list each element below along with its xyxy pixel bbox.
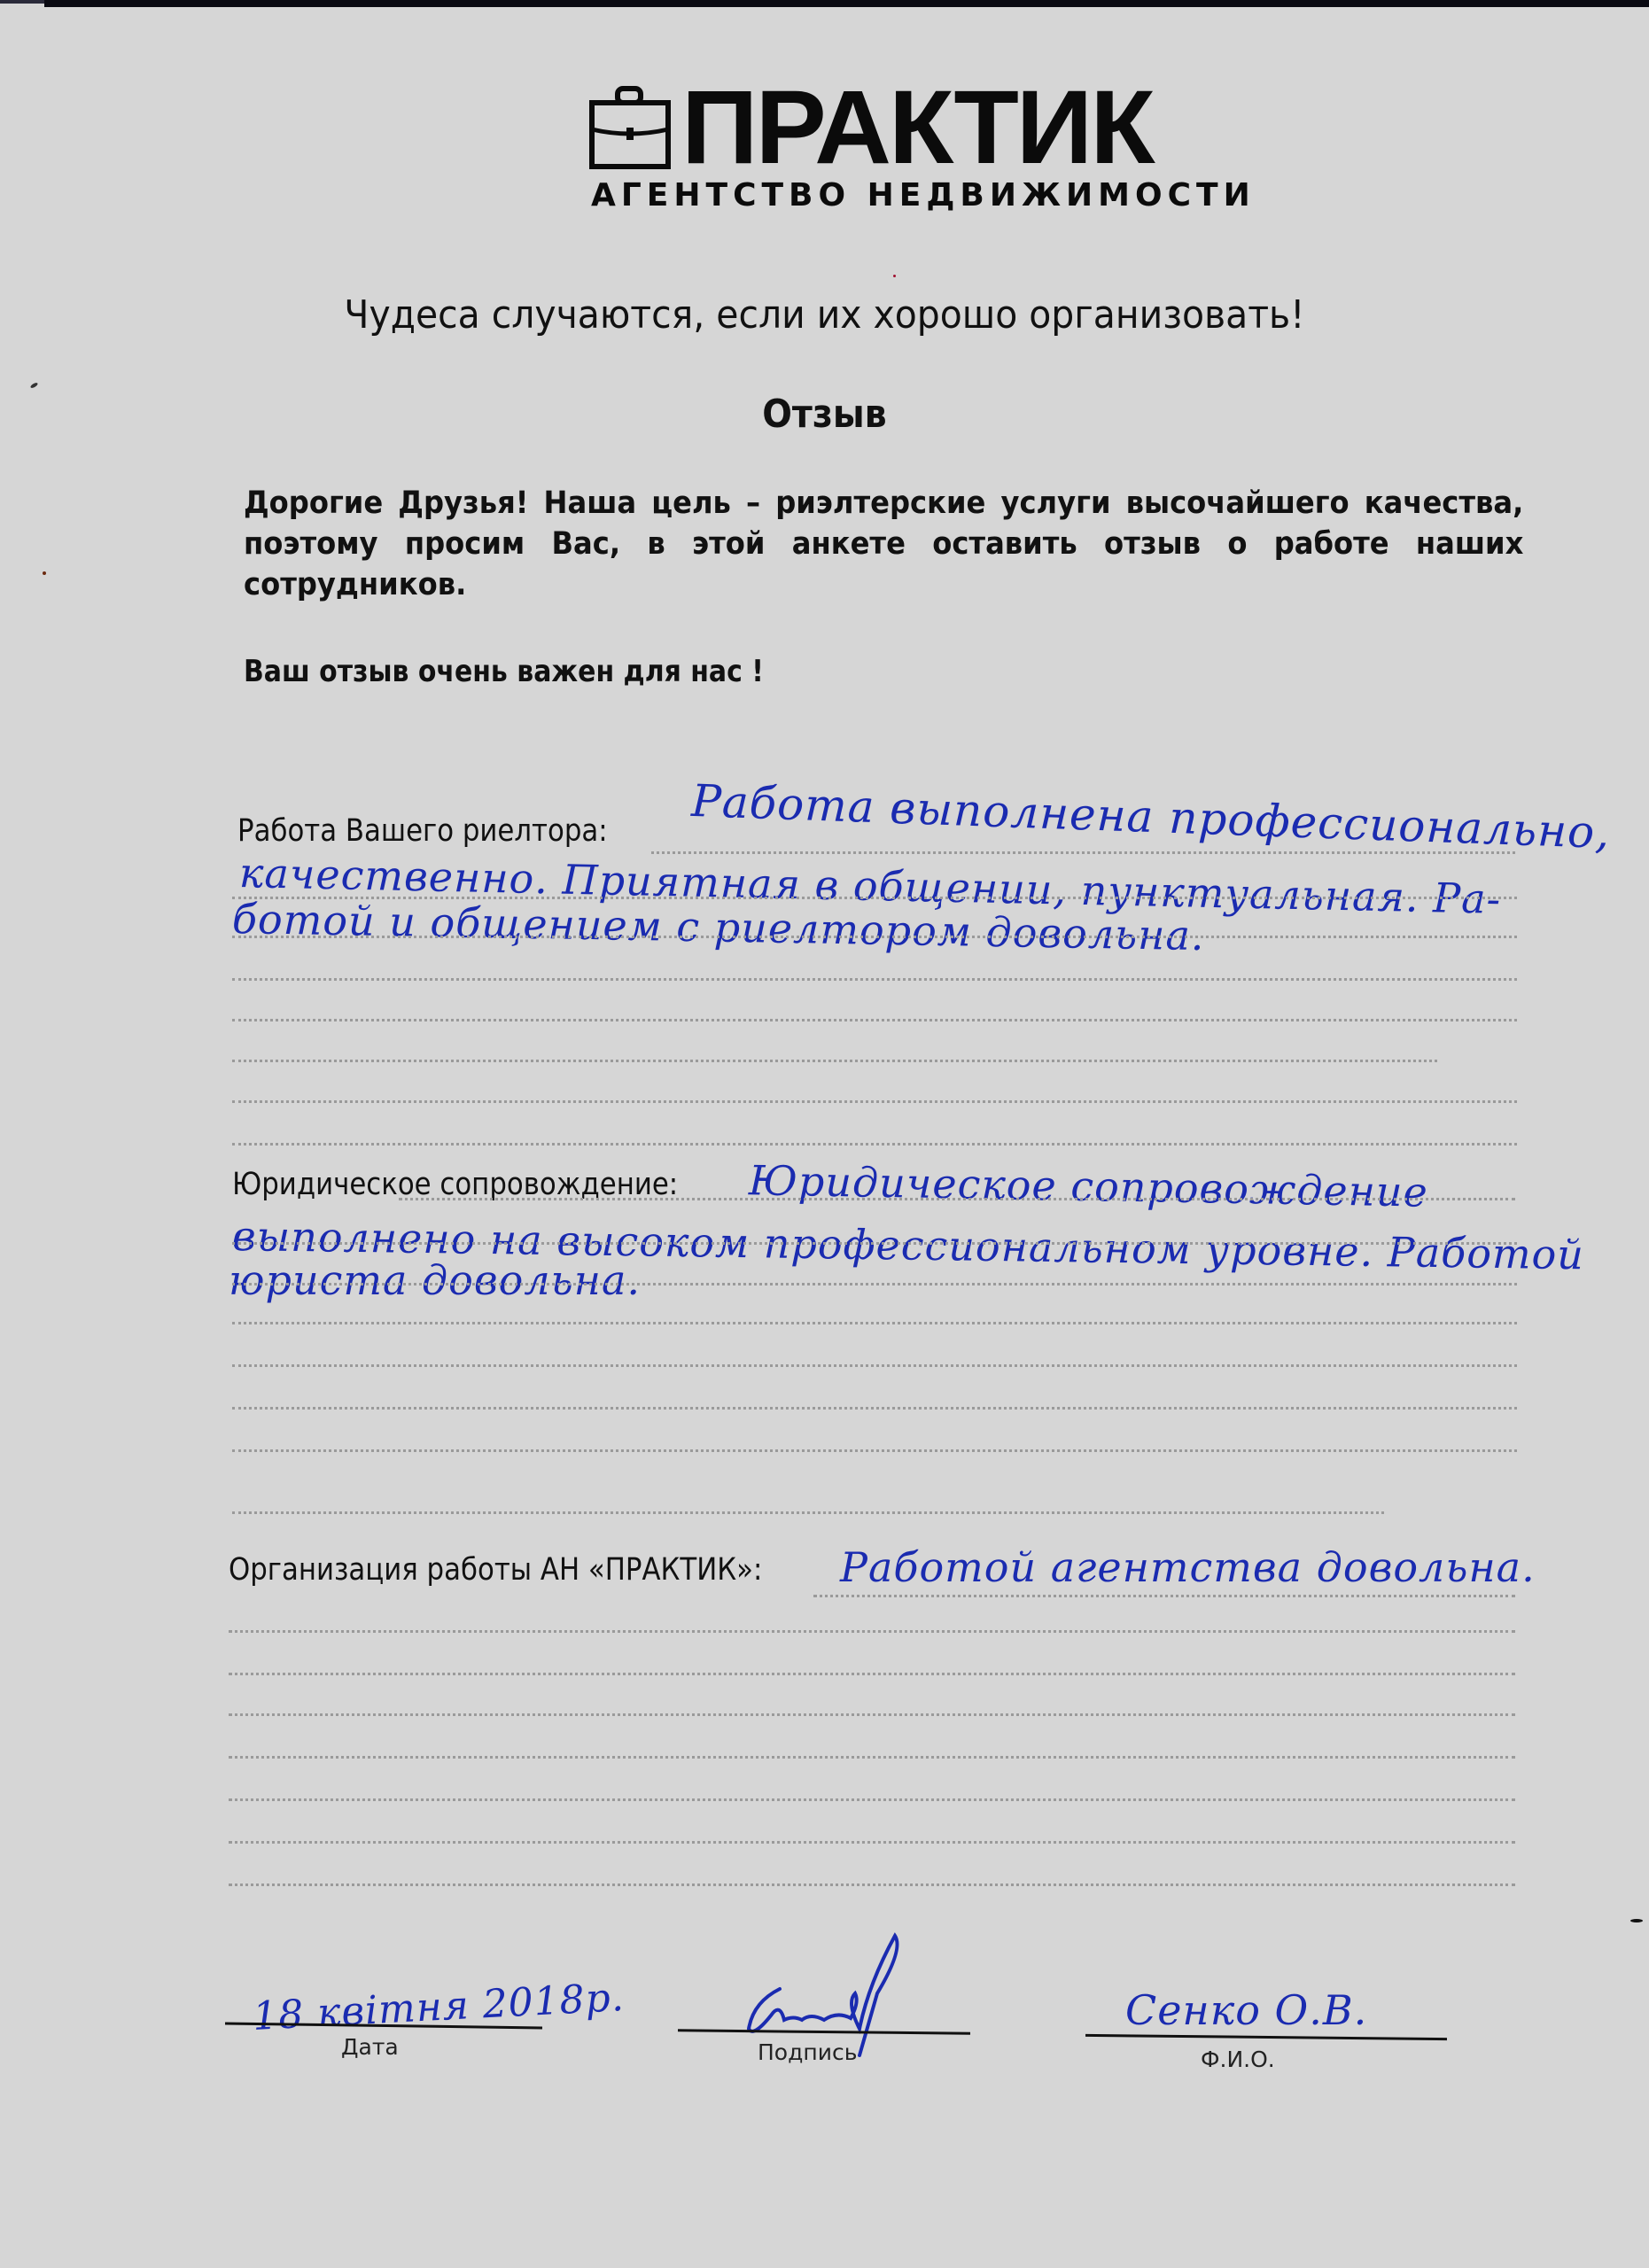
handwritten-answer-line: Юридическое сопровождение bbox=[749, 1156, 1429, 1216]
answer-rule bbox=[229, 1841, 1515, 1844]
section-label-agency: Организация работы АН «ПРАКТИК»: bbox=[229, 1552, 762, 1588]
intro-paragraph: Дорогие Друзья! Наша цель – риэлтерские … bbox=[244, 483, 1523, 605]
answer-rule bbox=[232, 1143, 1517, 1146]
answer-rule bbox=[399, 1198, 1515, 1200]
answer-rule bbox=[232, 1060, 1437, 1062]
scan-top-edge bbox=[44, 0, 1649, 7]
section-label-realtor: Работа Вашего риелтора: bbox=[237, 813, 608, 849]
answer-rule bbox=[232, 1100, 1517, 1103]
section-label-legal: Юридическое сопровождение: bbox=[232, 1167, 678, 1202]
scan-speck bbox=[1630, 1919, 1643, 1922]
name-line bbox=[1085, 2034, 1447, 2040]
handwritten-name: Сенко О.В. bbox=[1125, 1986, 1367, 2034]
company-logo: ПРАКТИК АГЕНТСТВО НЕДВИЖИМОСТИ bbox=[589, 78, 1192, 220]
answer-rule bbox=[232, 936, 1517, 938]
signature-caption: Подпись bbox=[758, 2039, 857, 2065]
handwritten-date: 18 квітня 2018р. bbox=[252, 1975, 626, 2039]
answer-rule bbox=[232, 897, 1517, 899]
answer-rule bbox=[229, 1630, 1515, 1633]
answer-rule bbox=[232, 1322, 1517, 1324]
answer-rule bbox=[232, 1407, 1517, 1410]
scan-speck bbox=[30, 382, 39, 389]
answer-rule bbox=[651, 851, 1515, 854]
answer-rule bbox=[229, 1884, 1515, 1886]
answer-rule bbox=[232, 1364, 1517, 1367]
answer-rule bbox=[229, 1713, 1515, 1716]
answer-rule bbox=[232, 978, 1517, 981]
brand-name: ПРАКТИК bbox=[681, 83, 1153, 172]
answer-rule bbox=[229, 1798, 1515, 1801]
answer-rule bbox=[229, 1673, 1515, 1675]
answer-rule bbox=[232, 1511, 1384, 1514]
scan-speck bbox=[43, 571, 46, 575]
handwritten-answer-line: Работа выполнена профессионально, bbox=[690, 775, 1611, 858]
page-title: Отзыв bbox=[82, 392, 1567, 437]
important-note: Ваш отзыв очень важен для нас ! bbox=[244, 654, 764, 689]
handwritten-answer-line: юриста довольна. bbox=[229, 1256, 641, 1304]
handwritten-answer-line: Работой агентства довольна. bbox=[840, 1543, 1536, 1591]
answer-rule bbox=[232, 1242, 1517, 1245]
answer-rule bbox=[229, 1756, 1515, 1759]
brand-subtitle: АГЕНТСТВО НЕДВИЖИМОСТИ bbox=[591, 177, 1256, 214]
name-caption: Ф.И.О. bbox=[1201, 2047, 1275, 2072]
slogan: Чудеса случаются, если их хорошо организ… bbox=[58, 292, 1591, 338]
date-caption: Дата bbox=[341, 2034, 399, 2060]
answer-rule bbox=[232, 1019, 1517, 1021]
scan-top-edge-left bbox=[0, 0, 44, 4]
answer-rule bbox=[232, 1283, 1517, 1285]
scan-speck bbox=[893, 275, 896, 277]
briefcase-icon bbox=[589, 85, 671, 170]
answer-rule bbox=[232, 1449, 1517, 1452]
answer-rule bbox=[813, 1595, 1515, 1597]
